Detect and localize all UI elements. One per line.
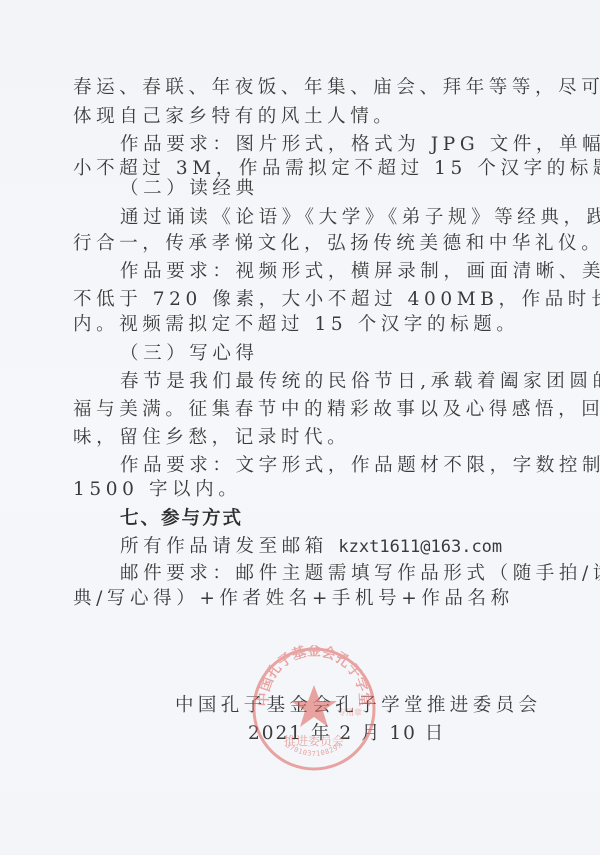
body-text-line: 福与美满。征集春节中的精彩故事以及心得感悟，回忆年 [73, 396, 533, 424]
body-text-line: 春运、春联、年夜饭、年集、庙会、拜年等等，尽可能地 [73, 74, 533, 102]
email-instruction-label: 所有作品请发至邮箱 [120, 536, 338, 557]
requirement-text-line: 作品要求：视频形式，横屏录制，画面清晰、美观、 [120, 258, 580, 286]
body-text-line: 味，留住乡愁，记录时代。 [73, 424, 533, 452]
document-page: 春运、春联、年夜饭、年集、庙会、拜年等等，尽可能地 体现自己家乡特有的风土人情。… [0, 0, 600, 855]
subsection-heading-read-classics: （二）读经典 [120, 175, 580, 203]
body-text-line: 春节是我们最传统的民俗节日,承载着阖家团圆的幸 [120, 368, 580, 396]
body-text-line: 1500 字以内。 [73, 476, 533, 504]
signature-date: 2021 年 2 月 10 日 [248, 720, 445, 748]
email-instruction-line: 所有作品请发至邮箱 kzxt1611@163.com [120, 533, 580, 561]
body-text-line: 内。视频需拟定不超过 15 个汉字的标题。 [73, 311, 533, 339]
subsection-heading-write-thoughts: （三）写心得 [120, 340, 580, 368]
body-text-line: 通过诵读《论语》《大学》《弟子规》等经典，践行知 [120, 204, 580, 232]
email-address: kzxt1611@163.com [338, 537, 502, 557]
email-requirement-line: 典/写心得）+作者姓名+手机号+作品名称 [73, 585, 533, 613]
signature-organization: 中国孔子基金会孔子学堂推进委员会 [175, 692, 541, 720]
email-requirement-line: 邮件要求：邮件主题需填写作品形式（随手拍/读经 [120, 560, 580, 588]
body-text-line: 行合一，传承孝悌文化，弘扬传统美德和中华礼仪。 [73, 230, 533, 258]
section-heading-participation: 七、参与方式 [120, 505, 580, 533]
body-text-line: 体现自己家乡特有的风土人情。 [73, 103, 533, 131]
body-text-line: 不低于 720 像素，大小不超过 400MB，作品时长 5 分钟以 [73, 286, 533, 314]
